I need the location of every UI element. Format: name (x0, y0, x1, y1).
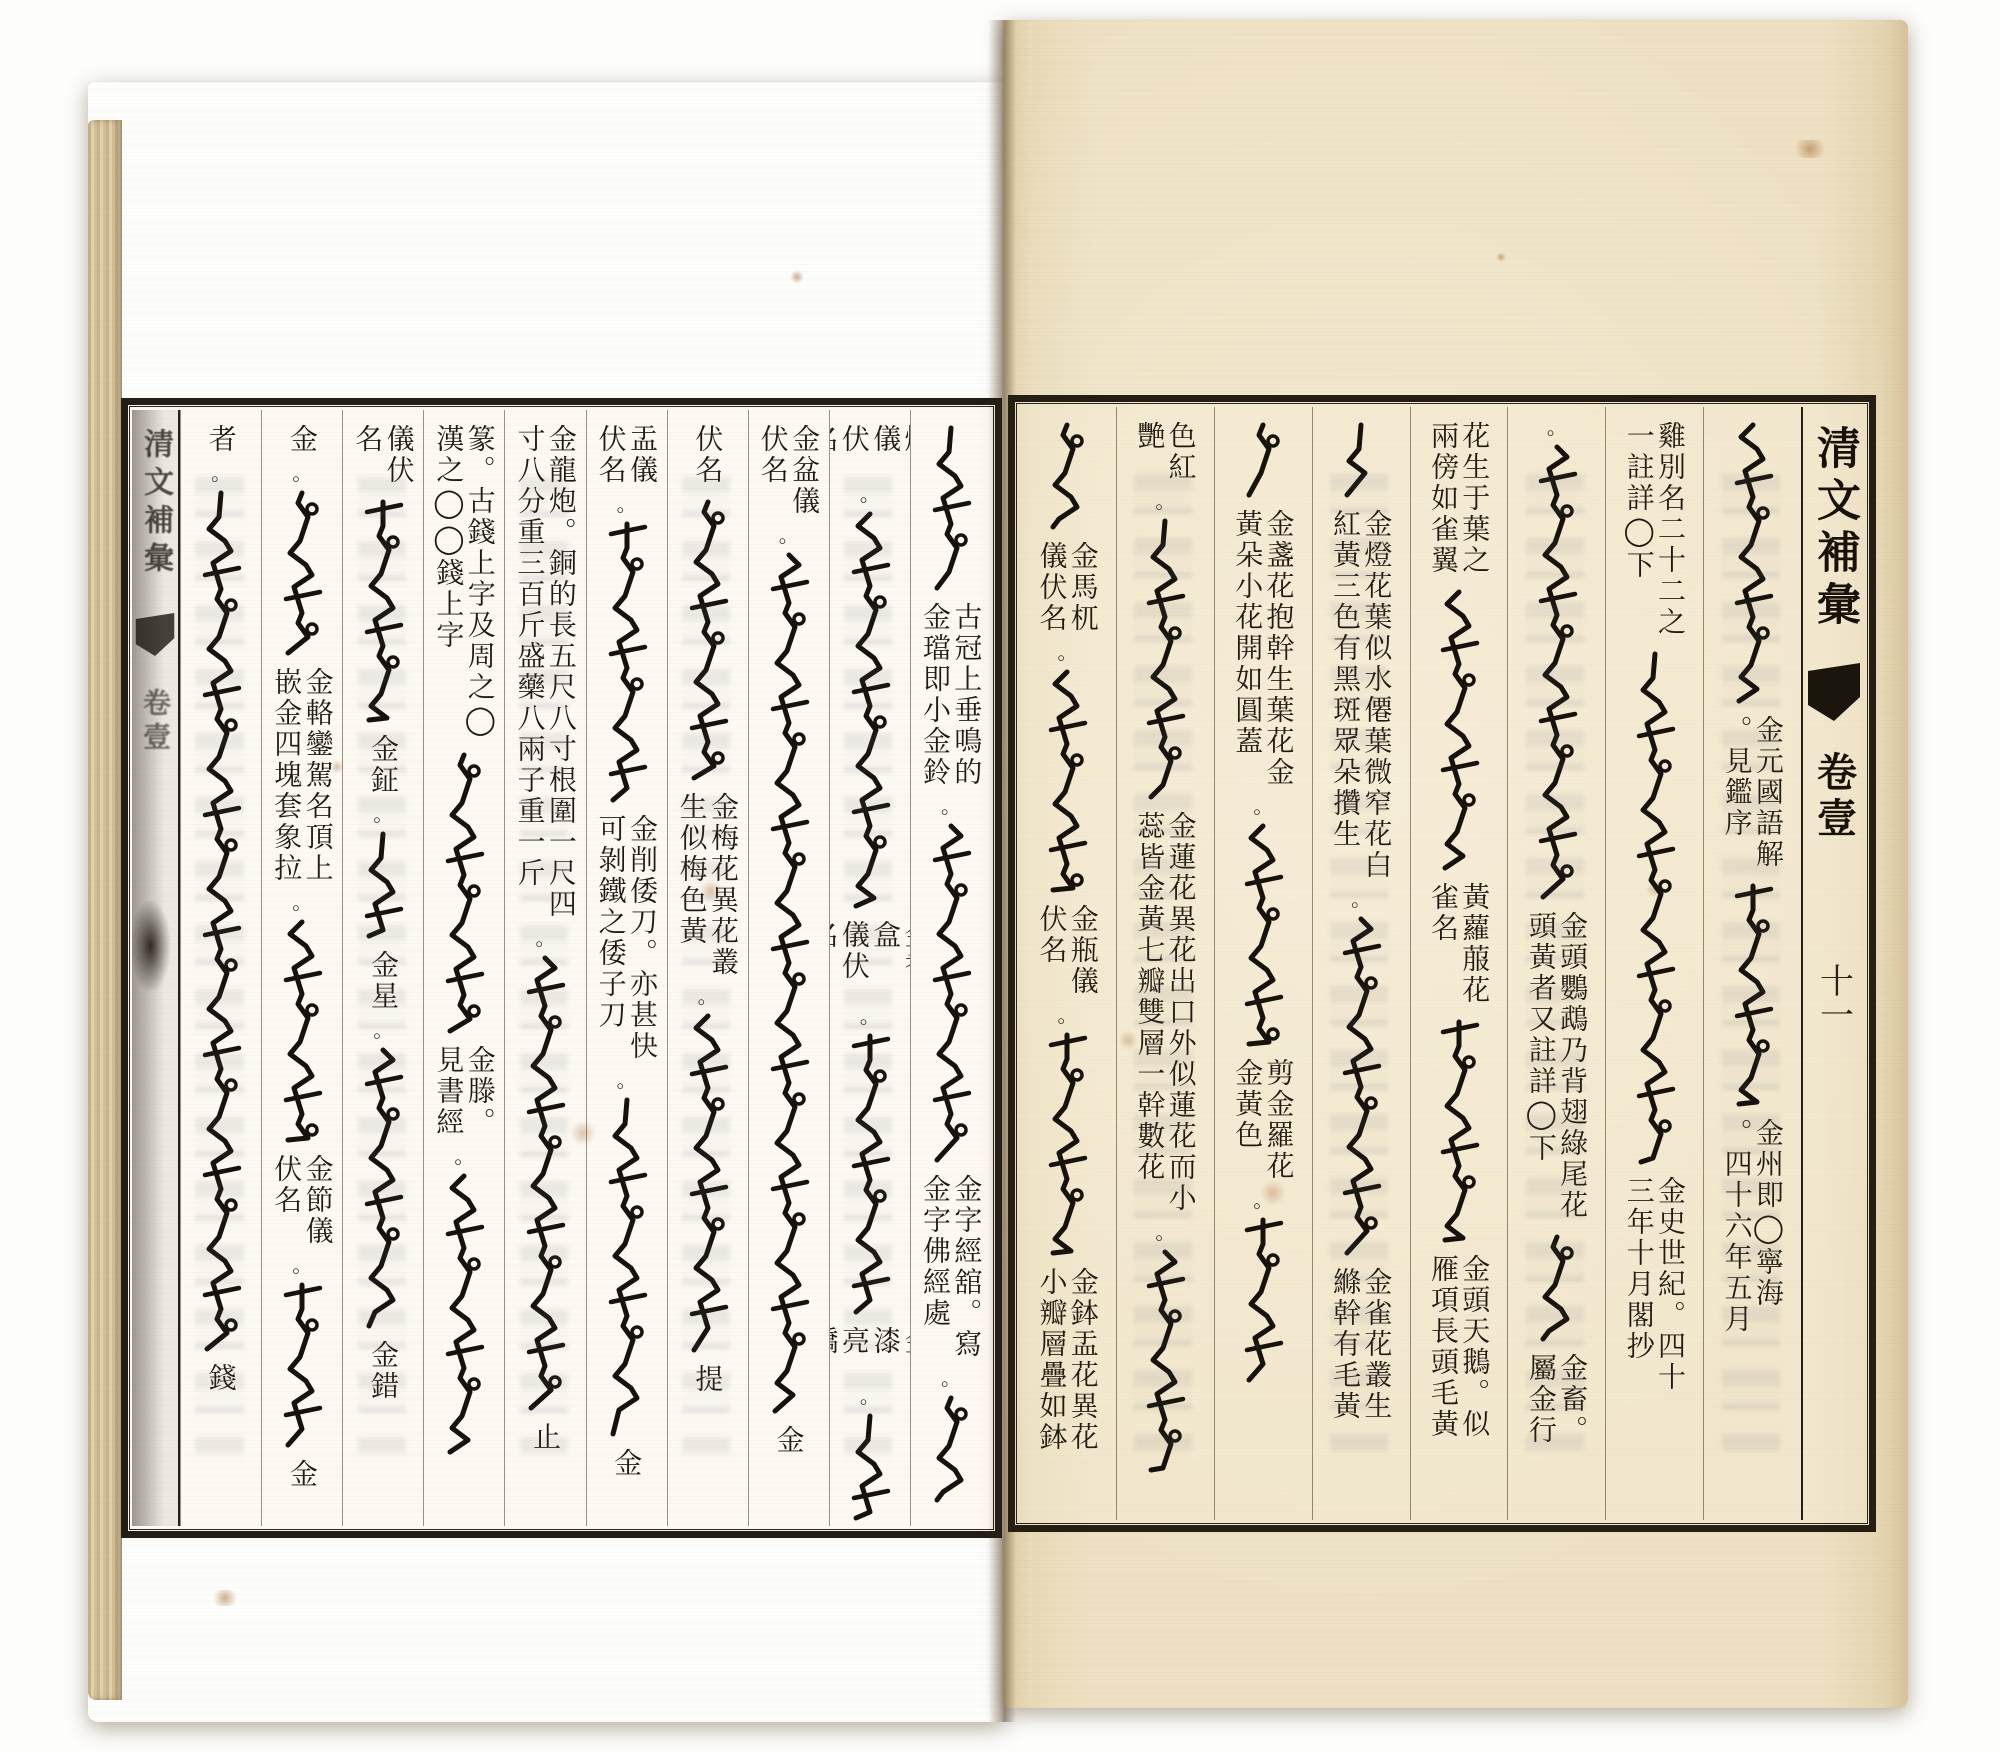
manchu-script-glyph (279, 914, 325, 1146)
separator-dot: 。 (292, 463, 312, 483)
annotation-line: 見書經 (433, 1045, 464, 1138)
separator-dot: 。 (698, 986, 718, 1006)
separator-dot: 。 (860, 1386, 880, 1406)
chinese-annotation: 金鉢盂花異花小瓣層疊如鉢 (1036, 1267, 1099, 1453)
manchu-word: 。 (360, 1020, 406, 1332)
manchu-word: 。 (685, 986, 731, 1356)
chinese-annotation: 止 (530, 1422, 561, 1453)
annotation-line: 黃朵小花開如圓蓋 (1232, 509, 1263, 788)
manchu-script-glyph (441, 1168, 487, 1458)
chinese-annotation: 金 (611, 1448, 642, 1479)
manchu-script-glyph (360, 494, 406, 726)
manchu-word (1730, 878, 1776, 1110)
manchu-word: 。 (198, 463, 244, 1355)
chinese-annotation: 金 (773, 1425, 804, 1456)
annotation-line: 金蓮花異花出口外似蓮花而小 (1165, 811, 1196, 1214)
chinese-annotation: 金錯 (368, 1340, 399, 1402)
manchu-script-glyph (1730, 417, 1776, 707)
volume-label-faint: 卷壹 (135, 688, 175, 756)
manchu-word: 。 (279, 463, 325, 659)
manchu-script-glyph (279, 485, 325, 659)
text-column: 雞別名二十二之一註詳◯下金史世紀。四十三年十月閣抄 (1605, 407, 1703, 1520)
chinese-annotation: 爐儀伏名 (829, 424, 910, 476)
annotation-line: 金字經舘。寫 (951, 1174, 982, 1360)
banxin-left: 清文補彙卷壹 (132, 410, 180, 1526)
chinese-annotation: 金梅花異花叢生似梅色黃 (676, 792, 739, 978)
fishtail-ornament (135, 610, 175, 662)
annotation-line: 縧幹有毛黃 (1330, 1267, 1361, 1422)
chinese-annotation: 金香盒儀伏名 (829, 920, 910, 998)
separator-dot: 。 (617, 494, 637, 514)
chinese-annotation: 金頭天鵝。似雁項長頭毛黃 (1428, 1254, 1491, 1440)
chinese-annotation: 金元國語解。見鑑序 (1721, 715, 1784, 870)
manchu-script-glyph (522, 950, 568, 1414)
annotation-line: 金頭天鵝。似 (1459, 1254, 1490, 1440)
annotation-line: 金字佛經處 (920, 1174, 951, 1360)
manchu-script-glyph (847, 1408, 893, 1524)
separator-dot: 。 (454, 1146, 474, 1166)
right-page-columns: 清文補彙 卷壹 十一 金元國語解。見鑑序金州即◯寧海。四十六年五月雞別名二十二之… (1016, 403, 1868, 1524)
chinese-annotation: 黃蘿菔花雀名 (1428, 882, 1491, 1006)
chinese-annotation: 雞別名二十二之一註詳◯下 (1623, 421, 1686, 638)
manchu-word: 。 (604, 494, 650, 806)
annotation-line: 雞別名二十二之 (1655, 421, 1686, 638)
annotation-line: 金錯 (368, 1340, 399, 1402)
separator-dot: 。 (211, 463, 231, 483)
chinese-annotation: 金蓮花異花出口外似蓮花而小蕊皆金黃七瓣雙層一幹數花 (1134, 811, 1197, 1214)
separator-dot: 。 (535, 928, 555, 948)
separator-dot: 。 (1155, 1222, 1175, 1242)
manchu-script-glyph (766, 547, 812, 1417)
manchu-word (1338, 417, 1384, 501)
annotation-line: 三年十月閣抄 (1623, 1176, 1654, 1393)
chinese-annotation: 金州即◯寧海。四十六年五月 (1721, 1118, 1784, 1335)
annotation-line: 金燈花葉似水僊葉微窄花白 (1361, 509, 1392, 881)
chinese-annotation: 伏名 (692, 424, 723, 486)
text-column: 者。錢 (180, 410, 261, 1526)
chinese-annotation: 金削倭刀。亦甚快可剝鐵之倭子刀 (595, 814, 658, 1062)
page-number: 十一 (1810, 963, 1859, 1031)
chinese-annotation: 金鉦 (368, 734, 399, 796)
manchu-script-glyph (1632, 646, 1678, 1168)
manchu-word: 。 (279, 1255, 325, 1451)
text-column: 金元國語解。見鑑序金州即◯寧海。四十六年五月 (1703, 407, 1801, 1520)
manchu-script-glyph (1240, 818, 1286, 1050)
separator-dot: 。 (941, 796, 961, 816)
annotation-line: 亮轎 (829, 1326, 870, 1378)
annotation-line: 篆。古錢上字及周之◯ (464, 424, 495, 739)
manchu-script-glyph (847, 1028, 893, 1318)
manchu-word (441, 747, 487, 1037)
annotation-line: 花生于葉之 (1459, 421, 1490, 576)
manchu-word: 。 (279, 892, 325, 1146)
chinese-annotation: 金雀花叢生縧幹有毛黃 (1330, 1267, 1393, 1422)
annotation-line: 古冠上垂鳴的 (951, 602, 982, 788)
chinese-annotation: 金燈花葉似水僊葉微窄花白紅黃三色有黑斑眾朵攢生 (1330, 509, 1393, 881)
book-title-faint: 清文補彙 (140, 428, 170, 580)
separator-dot: 。 (779, 525, 799, 545)
annotation-line: 剪金羅花 (1263, 1058, 1294, 1182)
annotation-line: 金瓶儀 (1067, 904, 1098, 997)
separator-dot: 。 (1057, 642, 1077, 662)
chinese-annotation: 金馬杌儀伏名 (1036, 541, 1099, 634)
manchu-script-glyph (441, 747, 487, 1037)
separator-dot: 。 (373, 804, 393, 824)
manchu-script-glyph (1534, 1229, 1580, 1345)
annotation-line: 伏名 (692, 424, 723, 486)
annotation-line: 金雀花叢生 (1361, 1267, 1392, 1422)
right-page-frame: 清文補彙 卷壹 十一 金元國語解。見鑑序金州即◯寧海。四十六年五月雞別名二十二之… (1008, 395, 1876, 1532)
manchu-script-glyph (685, 1008, 731, 1356)
manchu-script-glyph (1044, 417, 1090, 533)
manchu-script-glyph (685, 494, 731, 784)
manchu-script-glyph (360, 826, 406, 942)
separator-dot: 。 (1253, 1190, 1273, 1210)
chinese-annotation: 金史世紀。四十三年十月閣抄 (1623, 1176, 1686, 1393)
annotation-line: 金州即◯寧海 (1753, 1118, 1784, 1335)
text-column: 伏名金梅花異花叢生似梅色黃。提 (667, 410, 748, 1526)
text-column: 金盆儀伏名。金 (748, 410, 829, 1526)
annotation-line: 金梅花異花叢 (708, 792, 739, 978)
manchu-word: 。 (847, 484, 893, 912)
annotation-line: 寸八分重三百斤盛藥八兩子重一斤 (514, 424, 545, 920)
annotation-line: 者 (205, 424, 236, 455)
annotation-line: 兩傍如雀翼 (1428, 421, 1459, 576)
separator-dot: 。 (1057, 1005, 1077, 1025)
annotation-line: 。見鑑序 (1721, 715, 1752, 870)
separator-dot: 。 (1155, 491, 1175, 511)
manchu-word: 。 (1240, 796, 1286, 1050)
manchu-word (1534, 1229, 1580, 1345)
chinese-annotation: 金畜。屬金行 (1525, 1353, 1588, 1446)
manchu-script-glyph (1044, 1027, 1090, 1259)
annotation-line: 。四十六年五月 (1721, 1118, 1752, 1335)
manchu-word (1240, 417, 1286, 501)
annotation-line: 伏名 (829, 424, 870, 476)
annotation-line: 金元國語解 (1753, 715, 1784, 870)
chinese-annotation: 金龍炮。銅的長五尺八寸根圍一尺四寸八分重三百斤盛藥八兩子重一斤 (514, 424, 577, 920)
manchu-word (1044, 417, 1090, 533)
text-column: 金馬杌儀伏名。金瓶儀伏名。金鉢盂花異花小瓣層疊如鉢 (1019, 407, 1116, 1520)
annotation-line: 儀伏 (383, 424, 414, 486)
manchu-word: 。 (1044, 1005, 1090, 1259)
separator-dot: 。 (941, 1368, 961, 1388)
annotation-line: 金璫即小金鈴 (920, 602, 951, 788)
separator-dot: 。 (860, 484, 880, 504)
chinese-annotation: 金瓶儀伏名 (1036, 904, 1099, 997)
manchu-word: 。 (360, 804, 406, 942)
manchu-script-glyph (279, 1277, 325, 1451)
annotation-line: 嵌金四塊套象拉 (271, 667, 302, 884)
annotation-line: 金盆儀 (789, 424, 820, 517)
annotation-line: 爐儀 (870, 424, 910, 476)
annotation-line: 金削倭刀。亦甚快 (627, 814, 658, 1062)
separator-dot: 。 (1547, 417, 1567, 437)
annotation-line: 蕊皆金黃七瓣雙層一幹數花 (1134, 811, 1165, 1214)
annotation-line: 生似梅色黃 (676, 792, 707, 978)
text-column: 儀伏名金鉦。金星。金錯 (342, 410, 423, 1526)
annotation-line: 伏名 (595, 424, 626, 486)
annotation-line: 儀伏名 (829, 920, 870, 998)
manchu-word (360, 494, 406, 726)
annotation-line: 黃蘿菔花 (1459, 882, 1490, 1006)
manchu-script-glyph (1534, 439, 1580, 903)
annotation-line: 紅黃三色有黑斑眾朵攢生 (1330, 509, 1361, 881)
chinese-annotation: 錢 (205, 1363, 236, 1394)
manchu-script-glyph (360, 1042, 406, 1332)
annotation-line: 金漆 (870, 1326, 910, 1378)
manchu-word: 。 (847, 1006, 893, 1318)
annotation-line: 伏名 (757, 424, 788, 517)
text-column: 盂儀伏名。金削倭刀。亦甚快可剝鐵之倭子刀。金 (586, 410, 667, 1526)
annotation-line: 提 (692, 1364, 723, 1395)
chinese-annotation: 色紅艷 (1134, 421, 1197, 483)
manchu-script-glyph (604, 516, 650, 806)
manchu-script-glyph (198, 485, 244, 1355)
manchu-word (1730, 417, 1776, 707)
manchu-word (928, 420, 974, 594)
manchu-word: 。 (1142, 491, 1188, 803)
separator-dot: 。 (292, 1255, 312, 1275)
chinese-annotation: 盂儀伏名 (595, 424, 658, 486)
manchu-word (1436, 584, 1482, 874)
text-column: 古冠上垂鳴的金璫即小金鈴。金字經舘。寫金字佛經處。 (910, 410, 991, 1526)
left-page-columns: 古冠上垂鳴的金璫即小金鈴。金字經舘。寫金字佛經處。爐儀伏名。金香盒儀伏名。金漆亮… (129, 406, 994, 1530)
chinese-annotation: 金 (287, 1459, 318, 1490)
separator-dot: 。 (617, 1070, 637, 1090)
scanned-book-spread: 清文補彙 卷壹 十一 金元國語解。見鑑序金州即◯寧海。四十六年五月雞別名二十二之… (0, 0, 2000, 1752)
annotation-line: 金 (611, 1448, 642, 1479)
separator-dot: 。 (860, 1006, 880, 1026)
manchu-word: 。 (441, 1146, 487, 1458)
annotation-line: 金龍炮。銅的長五尺八寸根圍一尺四 (545, 424, 576, 920)
chinese-annotation: 金輅鑾駕名頂上嵌金四塊套象拉 (271, 667, 334, 884)
annotation-line: 雀名 (1428, 882, 1459, 1006)
chinese-annotation: 剪金羅花金黃色 (1232, 1058, 1295, 1182)
manchu-script-glyph (1436, 1014, 1482, 1246)
fishtail-ornament (1807, 663, 1861, 725)
annotation-line: 金滕。 (464, 1045, 495, 1138)
manchu-script-glyph (1730, 878, 1776, 1110)
manchu-script-glyph (1338, 911, 1384, 1259)
ink-smudge (132, 901, 178, 991)
annotation-line: 金節儀 (302, 1154, 333, 1247)
annotation-line: 雁項長頭毛黃 (1428, 1254, 1459, 1440)
text-column: 金龍炮。銅的長五尺八寸根圍一尺四寸八分重三百斤盛藥八兩子重一斤。止 (504, 410, 585, 1526)
chinese-annotation: 金 (287, 424, 318, 455)
annotation-line: 漢之◯◯錢上字 (433, 424, 464, 739)
manchu-word: 。 (1240, 1190, 1286, 1386)
annotation-line: 金史世紀。四十 (1655, 1176, 1686, 1393)
annotation-line: 金頭鸚鵡乃背翅綠尾花 (1557, 911, 1588, 1221)
text-column: 花生于葉之兩傍如雀翼黃蘿菔花雀名金頭天鵝。似雁項長頭毛黃 (1410, 407, 1508, 1520)
annotation-line: 金馬杌 (1067, 541, 1098, 634)
manchu-script-glyph (1240, 417, 1286, 501)
annotation-line: 金 (287, 1459, 318, 1490)
text-column: 色紅艷。金蓮花異花出口外似蓮花而小蕊皆金黃七瓣雙層一幹數花。 (1116, 407, 1214, 1520)
manchu-word: 。 (1534, 417, 1580, 903)
chinese-annotation: 金盆儀伏名 (757, 424, 820, 517)
banxin-right: 清文補彙 卷壹 十一 (1801, 407, 1865, 1520)
annotation-line: 錢 (205, 1363, 236, 1394)
chinese-annotation: 儀伏名 (352, 424, 415, 486)
annotation-line: 可剝鐵之倭子刀 (595, 814, 626, 1062)
manchu-word (1632, 646, 1678, 1168)
text-column: 金盞花抱幹生葉花金黃朵小花開如圓蓋。剪金羅花金黃色。 (1214, 407, 1312, 1520)
annotation-line: 金 (773, 1425, 804, 1456)
manchu-word: 。 (766, 525, 812, 1417)
manchu-word: 。 (1142, 1222, 1188, 1476)
annotation-line: 屬金行 (1525, 1353, 1556, 1446)
annotation-line: 金盞花抱幹生葉花金 (1263, 509, 1294, 788)
chinese-annotation: 金盞花抱幹生葉花金黃朵小花開如圓蓋 (1232, 509, 1295, 788)
manchu-word: 。 (928, 796, 974, 1166)
manchu-script-glyph (1436, 584, 1482, 874)
chinese-annotation: 者 (205, 424, 236, 455)
annotation-line: 名 (352, 424, 383, 486)
annotation-line: 金畜。 (1557, 1353, 1588, 1446)
chinese-annotation: 金頭鸚鵡乃背翅綠尾花頭黃者又註詳◯下 (1525, 911, 1588, 1221)
annotation-line: 金鉦 (368, 734, 399, 796)
chinese-annotation: 花生于葉之兩傍如雀翼 (1428, 421, 1491, 576)
manchu-script-glyph (604, 1092, 650, 1440)
separator-dot: 。 (373, 1020, 393, 1040)
manchu-script-glyph (928, 818, 974, 1166)
text-column: 篆。古錢上字及周之◯漢之◯◯錢上字金滕。見書經。 (423, 410, 504, 1526)
text-column: 。金頭鸚鵡乃背翅綠尾花頭黃者又註詳◯下金畜。屬金行 (1507, 407, 1605, 1520)
chinese-annotation: 金星 (368, 950, 399, 1012)
annotation-line: 艷 (1134, 421, 1165, 483)
annotation-line: 一註詳◯下 (1623, 421, 1654, 638)
annotation-line: 金鉢盂花異花 (1067, 1267, 1098, 1453)
annotation-line: 金香盒 (870, 920, 910, 998)
chinese-annotation: 篆。古錢上字及周之◯漢之◯◯錢上字 (433, 424, 496, 739)
chinese-annotation: 提 (692, 1364, 723, 1395)
manchu-script-glyph (1142, 513, 1188, 803)
annotation-line: 止 (530, 1422, 561, 1453)
annotation-line: 盂儀 (627, 424, 658, 486)
chinese-annotation: 金漆亮轎 (829, 1326, 910, 1378)
manchu-script-glyph (847, 506, 893, 912)
manchu-script-glyph (1240, 1212, 1286, 1386)
chinese-annotation: 金滕。見書經 (433, 1045, 496, 1138)
annotation-line: 頭黃者又註詳◯下 (1525, 911, 1556, 1221)
text-column: 爐儀伏名。金香盒儀伏名。金漆亮轎。 (829, 410, 910, 1526)
text-column: 金。金輅鑾駕名頂上嵌金四塊套象拉。金節儀伏名。金 (261, 410, 342, 1526)
manchu-word: 。 (847, 1386, 893, 1524)
annotation-line: 金星 (368, 950, 399, 1012)
annotation-line: 色紅 (1165, 421, 1196, 483)
annotation-line: 金黃色 (1232, 1058, 1263, 1182)
manchu-word: 。 (522, 928, 568, 1414)
manchu-script-glyph (928, 1390, 974, 1506)
separator-dot: 。 (1253, 796, 1273, 816)
manchu-word (1436, 1014, 1482, 1246)
separator-dot: 。 (1351, 889, 1371, 909)
manchu-word: 。 (928, 1368, 974, 1506)
chinese-annotation: 古冠上垂鳴的金璫即小金鈴 (920, 602, 983, 788)
manchu-script-glyph (1044, 664, 1090, 896)
annotation-line: 小瓣層疊如鉢 (1036, 1267, 1067, 1453)
left-page-frame: 古冠上垂鳴的金璫即小金鈴。金字經舘。寫金字佛經處。爐儀伏名。金香盒儀伏名。金漆亮… (121, 398, 1002, 1538)
volume-label: 卷壹 (1806, 751, 1863, 843)
manchu-script-glyph (1142, 1244, 1188, 1476)
annotation-line: 伏名 (271, 1154, 302, 1247)
text-column: 金燈花葉似水僊葉微窄花白紅黃三色有黑斑眾朵攢生。金雀花叢生縧幹有毛黃 (1312, 407, 1410, 1520)
chinese-annotation: 金字經舘。寫金字佛經處 (920, 1174, 983, 1360)
annotation-line: 伏名 (1036, 904, 1067, 997)
annotation-line: 金 (287, 424, 318, 455)
manchu-word: 。 (604, 1070, 650, 1440)
annotation-line: 金輅鑾駕名頂上 (302, 667, 333, 884)
separator-dot: 。 (292, 892, 312, 912)
book-title: 清文補彙 (1812, 425, 1856, 633)
manchu-word: 。 (1044, 642, 1090, 896)
chinese-annotation: 金節儀伏名 (271, 1154, 334, 1247)
manchu-word (685, 494, 731, 784)
manchu-script-glyph (928, 420, 974, 594)
manchu-script-glyph (1338, 417, 1384, 501)
annotation-line: 儀伏名 (1036, 541, 1067, 634)
manchu-word: 。 (1338, 889, 1384, 1259)
